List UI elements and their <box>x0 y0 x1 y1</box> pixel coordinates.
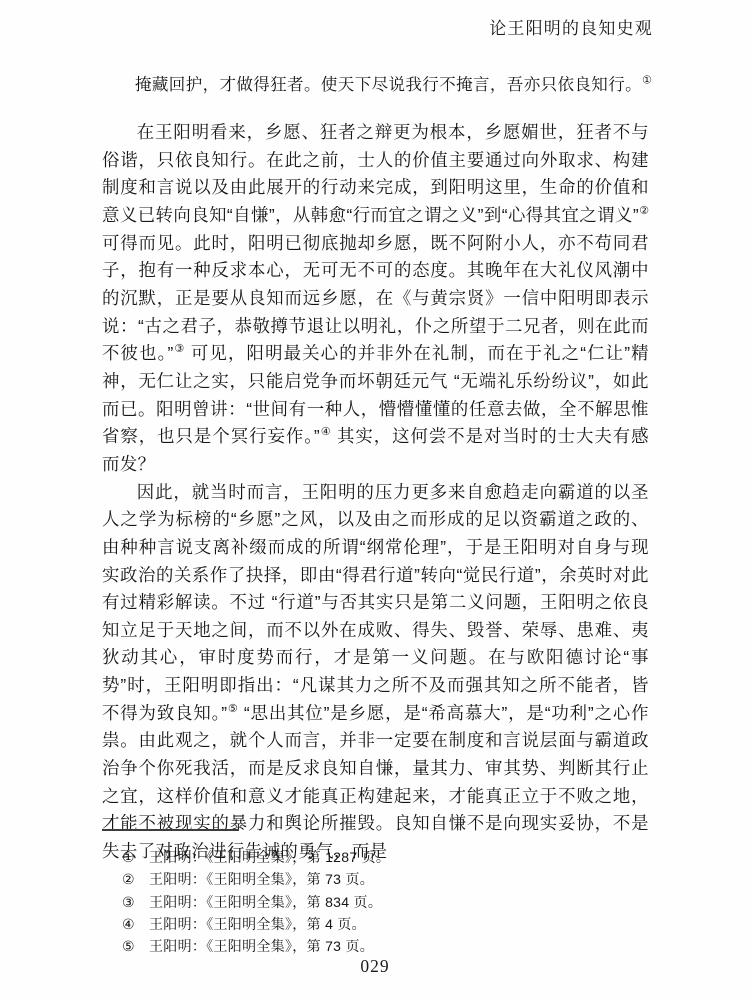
footnote-text: 王阳明：《王阳明全集》，第 73 页。 <box>149 938 374 954</box>
footnote-item: ④王阳明：《王阳明全集》，第 4 页。 <box>122 913 642 935</box>
footnote-text: 王阳明：《王阳明全集》，第 4 页。 <box>149 916 366 932</box>
footnotes: ①王阳明：《王阳明全集》，第 1287 页。 ②王阳明：《王阳明全集》，第 73… <box>122 846 642 957</box>
footnote-text: 王阳明：《王阳明全集》，第 1287 页。 <box>149 849 390 865</box>
page-number: 029 <box>0 956 750 977</box>
footnote-item: ⑤王阳明：《王阳明全集》，第 73 页。 <box>122 935 642 957</box>
footnote-ref-1: ① <box>642 75 652 87</box>
block-quote: 掩藏回护，才做得狂者。使天下尽说我行不掩言，吾亦只依良知行。① <box>135 71 652 95</box>
footnote-item: ①王阳明：《王阳明全集》，第 1287 页。 <box>122 846 642 868</box>
paragraph-1: 在王阳明看来，乡愿、狂者之辩更为根本，乡愿媚世，狂者不与俗谐，只依良知行。在此之… <box>102 119 649 479</box>
footnote-text: 王阳明：《王阳明全集》，第 834 页。 <box>149 894 382 910</box>
footnote-marker: ① <box>122 846 149 868</box>
document-page: 论王阳明的良知史观 掩藏回护，才做得狂者。使天下尽说我行不掩言，吾亦只依良知行。… <box>0 0 750 1000</box>
footnote-ref: ⑤ <box>227 703 238 715</box>
paragraph-2: 因此，就当时而言，王阳明的压力更多来自愈趋走向霸道的以圣人之学为标榜的“乡愿”之… <box>102 479 649 866</box>
block-quote-text: 掩藏回护，才做得狂者。使天下尽说我行不掩言，吾亦只依良知行。 <box>135 76 642 94</box>
running-head: 论王阳明的良知史观 <box>489 14 653 39</box>
footnote-text: 王阳明：《王阳明全集》，第 73 页。 <box>149 871 374 887</box>
footnote-marker: ② <box>122 868 149 890</box>
footnote-ref: ② <box>639 205 649 217</box>
footnote-ref: ③ <box>174 343 185 355</box>
footnote-marker: ③ <box>122 891 149 913</box>
footnote-divider <box>102 829 239 831</box>
body-text: 在王阳明看来，乡愿、狂者之辩更为根本，乡愿媚世，狂者不与俗谐，只依良知行。在此之… <box>102 119 649 866</box>
footnote-item: ③王阳明：《王阳明全集》，第 834 页。 <box>122 891 642 913</box>
footnote-item: ②王阳明：《王阳明全集》，第 73 页。 <box>122 868 642 890</box>
footnote-marker: ④ <box>122 913 149 935</box>
footnote-marker: ⑤ <box>122 935 149 957</box>
footnote-ref: ④ <box>320 426 331 438</box>
